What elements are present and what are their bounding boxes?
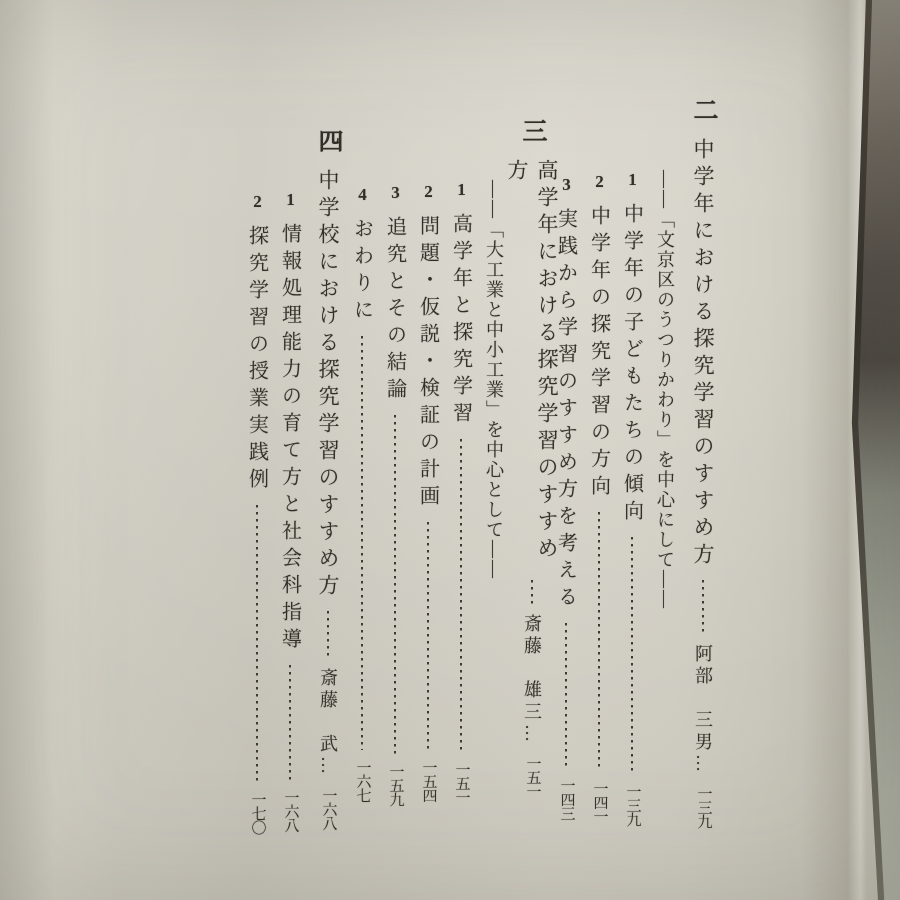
item-number: 1: [280, 190, 300, 209]
item-number: 2: [418, 182, 438, 201]
chapter-title: 中学年における探究学習のすすめ方: [688, 138, 718, 570]
dot-leader: [415, 521, 441, 751]
dot-leader: [244, 504, 270, 783]
item-title: 探究学習の授業実践例: [243, 225, 272, 495]
dot-leader: [382, 414, 408, 755]
chapter-number: 三: [514, 118, 550, 143]
page-number: 一四一: [592, 781, 607, 823]
author-name: 阿部 三男…: [690, 644, 716, 776]
page-number: 一六八: [321, 788, 336, 830]
section-subtitle: ――「大工業と中小工業」を中心として――: [481, 178, 507, 580]
author-name: 斎藤 雄三…: [519, 614, 545, 746]
section-subtitle: ――「文京区のうつりかわり」を中心にして――: [652, 168, 678, 610]
toc-column-item: 2 探究学習の授業実践例 一七〇: [244, 95, 270, 838]
page-number: 一四三: [559, 778, 574, 820]
dot-leader: [315, 610, 341, 659]
dot-leader: [586, 511, 612, 772]
dot-leader: [448, 438, 474, 753]
page-number: 一六八: [283, 790, 298, 832]
toc-column-item: 2 中学年の探究学習の方向 一四一: [586, 95, 612, 838]
toc-column-chapter-3: 三 高学年における探究学習のすすめ方 斎藤 雄三… 一五一: [519, 95, 545, 838]
item-title: 情報処理能力の育て方と社会科指導: [276, 223, 305, 655]
dot-leader: [553, 622, 579, 769]
item-title: 中学年の子どもたちの傾向: [618, 203, 647, 527]
page-number: 一五九: [388, 764, 403, 806]
item-title: 追究とその結論: [381, 216, 410, 405]
chapter-number: 四: [310, 128, 346, 153]
toc-column-item: 1 高学年と探究学習 一五一: [448, 95, 474, 838]
chapter-title: 中学校における探究学習のすすめ方: [313, 169, 343, 601]
toc-column-item: 1 中学年の子どもたちの傾向 一三九: [619, 95, 645, 838]
item-number: 2: [589, 172, 609, 191]
page-number: 一五一: [454, 762, 469, 804]
page-number: 一三九: [625, 784, 640, 826]
item-number: 1: [622, 170, 642, 189]
item-number: 3: [385, 183, 405, 202]
item-title: おわりに: [348, 218, 377, 326]
toc-column-item: 3 追究とその結論 一五九: [382, 95, 408, 838]
toc-column-subtitle: ――「大工業と中小工業」を中心として――: [481, 95, 507, 838]
item-title: 中学年の探究学習の方向: [585, 205, 614, 502]
toc-column-item: 4 おわりに 一六七: [349, 95, 375, 838]
toc-column-chapter-2: 二 中学年における探究学習のすすめ方 阿部 三男… 一三九: [690, 95, 716, 838]
dot-leader: [349, 335, 375, 751]
page-number: 一七〇: [250, 792, 265, 834]
item-title: 高学年と探究学習: [447, 213, 476, 429]
chapter-number: 二: [685, 97, 721, 122]
dot-leader: [519, 579, 545, 605]
toc-column-subtitle: ――「文京区のうつりかわり」を中心にして――: [652, 95, 678, 838]
item-number: 1: [451, 180, 471, 199]
page-number: 一五四: [421, 760, 436, 802]
toc-column-item: 2 問題・仮説・検証の計画 一五四: [415, 95, 441, 838]
page-number: 一六七: [355, 760, 370, 802]
author-name: 斎藤 武…: [315, 668, 341, 778]
dot-leader: [277, 664, 303, 781]
item-number: 2: [247, 192, 267, 211]
page-number: 一五一: [525, 756, 540, 798]
dot-leader: [690, 579, 716, 635]
item-number: 4: [352, 185, 372, 204]
table-of-contents: 二 中学年における探究学習のすすめ方 阿部 三男… 一三九 ――「文京区のうつり…: [237, 95, 724, 838]
dot-leader: [619, 536, 645, 775]
toc-column-item: 1 情報処理能力の育て方と社会科指導 一六八: [277, 95, 303, 838]
chapter-title: 高学年における探究学習のすすめ方: [502, 159, 562, 570]
page-number: 一三九: [696, 786, 711, 828]
toc-column-chapter-4: 四 中学校における探究学習のすすめ方 斎藤 武… 一六八: [315, 95, 341, 838]
item-title: 問題・仮説・検証の計画: [414, 215, 443, 512]
